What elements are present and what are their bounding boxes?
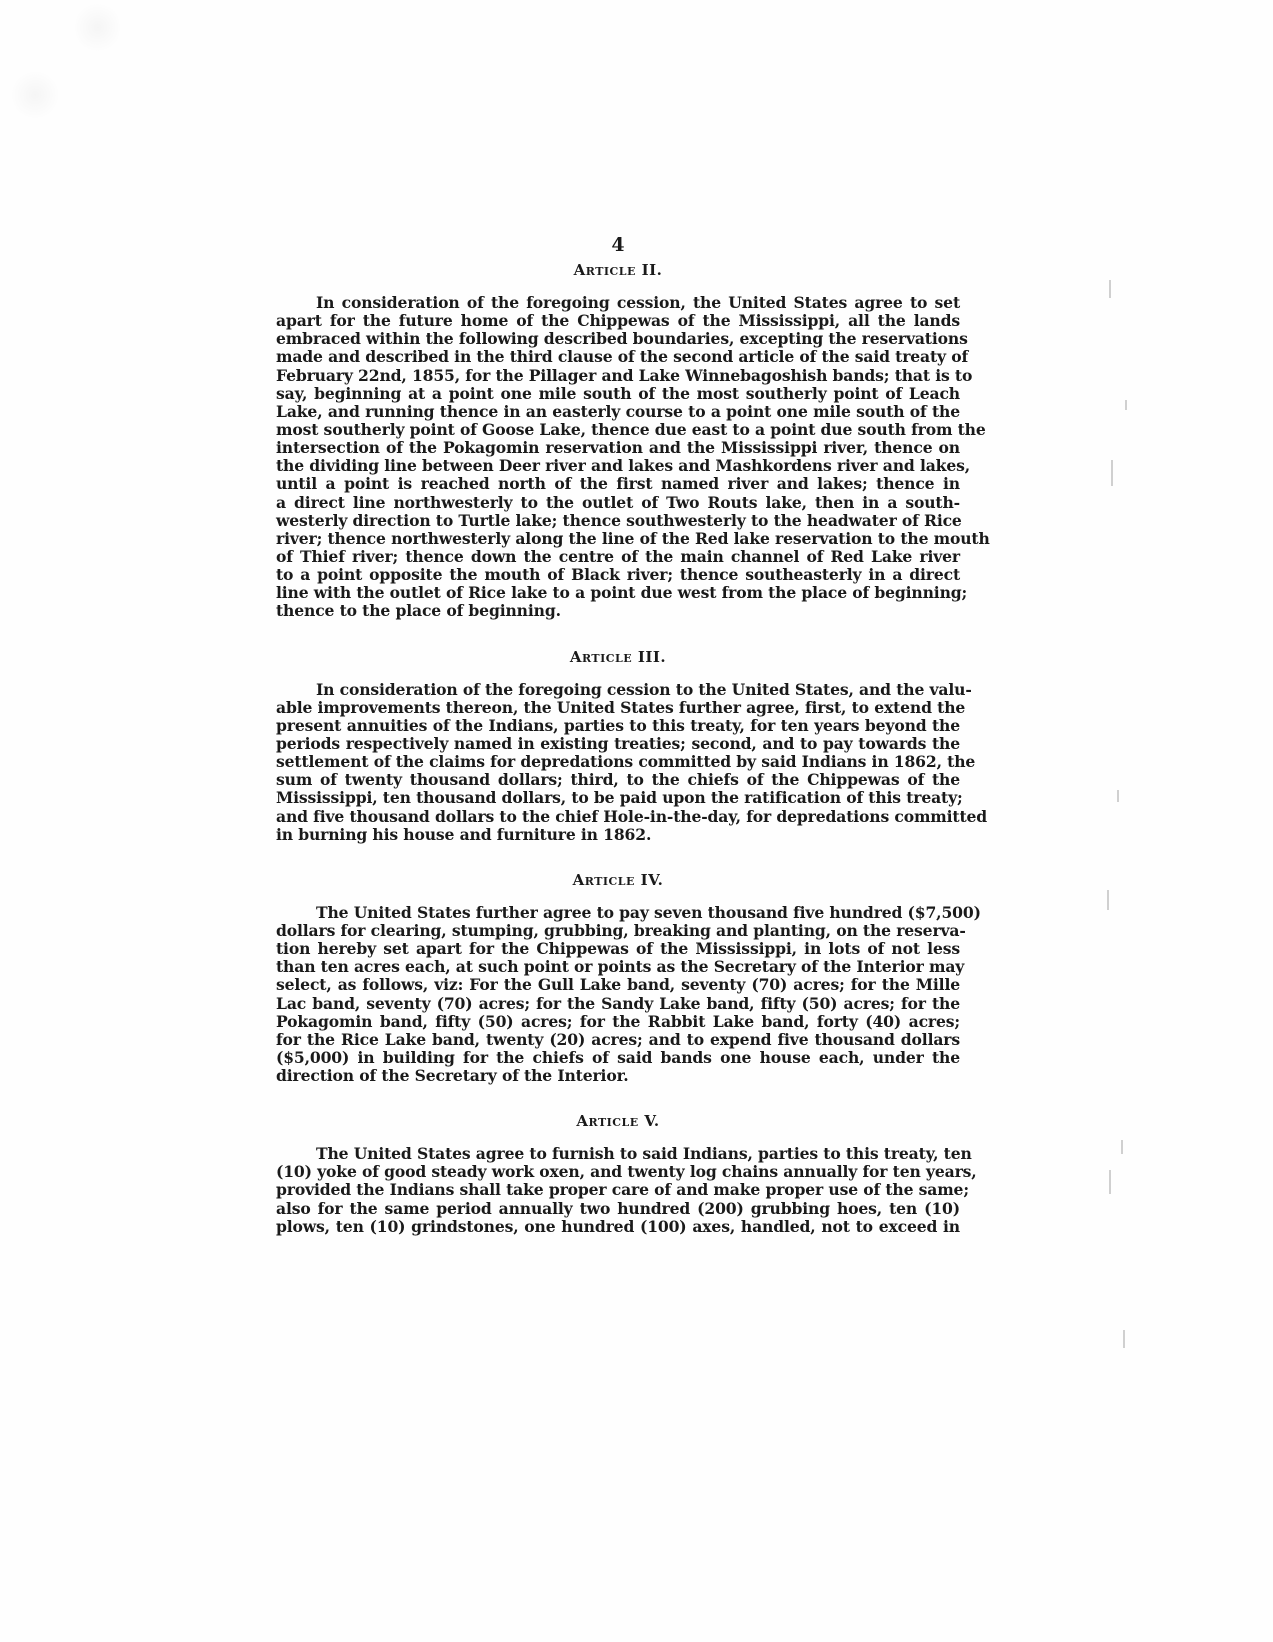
text-line: The United States further agree to pay s… <box>276 904 960 922</box>
text-line: sum of twenty thousand dollars; third, t… <box>276 771 960 789</box>
text-line: Lake, and running thence in an easterly … <box>276 403 960 421</box>
article-heading: Article V. <box>276 1111 960 1131</box>
text-line: present annuities of the Indians, partie… <box>276 717 960 735</box>
article-2: Article II. In consideration of the fore… <box>276 260 960 621</box>
text-line: In consideration of the foregoing cessio… <box>276 681 960 699</box>
text-line: periods respectively named in existing t… <box>276 735 960 753</box>
text-line: select, as follows, viz: For the Gull La… <box>276 976 960 994</box>
text-line: In consideration of the foregoing cessio… <box>276 294 960 312</box>
text-line: westerly direction to Turtle lake; thenc… <box>276 512 960 530</box>
document-body: 4 Article II. In consideration of the fo… <box>276 232 960 1236</box>
text-line: Lac band, seventy (70) acres; for the Sa… <box>276 995 960 1013</box>
text-line: The United States agree to furnish to sa… <box>276 1145 960 1163</box>
text-line: made and described in the third clause o… <box>276 348 960 366</box>
text-line: settlement of the claims for depredation… <box>276 753 960 771</box>
text-line: Pokagomin band, fifty (50) acres; for th… <box>276 1013 960 1031</box>
article-paragraph: In consideration of the foregoing cessio… <box>276 294 960 621</box>
text-line: ($5,000) in building for the chiefs of s… <box>276 1049 960 1067</box>
article-5: Article V. The United States agree to fu… <box>276 1111 960 1236</box>
article-3: Article III. In consideration of the for… <box>276 647 960 844</box>
text-line: river; thence northwesterly along the li… <box>276 530 960 548</box>
text-line: say, beginning at a point one mile south… <box>276 385 960 403</box>
text-line: the dividing line between Deer river and… <box>276 457 960 475</box>
page-number: 4 <box>276 232 960 258</box>
text-line: until a point is reached north of the fi… <box>276 475 960 493</box>
text-line: tion hereby set apart for the Chippewas … <box>276 940 960 958</box>
text-line: February 22nd, 1855, for the Pillager an… <box>276 367 960 385</box>
text-line: most southerly point of Goose Lake, then… <box>276 421 960 439</box>
article-heading: Article II. <box>276 260 960 280</box>
text-line: a direct line northwesterly to the outle… <box>276 494 960 512</box>
article-heading: Article III. <box>276 647 960 667</box>
text-line: dollars for clearing, stumping, grubbing… <box>276 922 960 940</box>
text-line: than ten acres each, at such point or po… <box>276 958 960 976</box>
text-line: apart for the future home of the Chippew… <box>276 312 960 330</box>
article-paragraph: In consideration of the foregoing cessio… <box>276 681 960 844</box>
scan-smudge <box>10 70 60 120</box>
text-line: line with the outlet of Rice lake to a p… <box>276 584 960 602</box>
article-4: Article IV. The United States further ag… <box>276 870 960 1085</box>
text-line: able improvements thereon, the United St… <box>276 699 960 717</box>
text-line: direction of the Secretary of the Interi… <box>276 1067 960 1085</box>
text-line: Mississippi, ten thousand dollars, to be… <box>276 789 960 807</box>
text-line: plows, ten (10) grindstones, one hundred… <box>276 1218 960 1236</box>
scan-smudge <box>75 0 120 55</box>
scanned-page: 4 Article II. In consideration of the fo… <box>0 0 1273 1642</box>
article-paragraph: The United States agree to furnish to sa… <box>276 1145 960 1236</box>
text-line: (10) yoke of good steady work oxen, and … <box>276 1163 960 1181</box>
text-line: and five thousand dollars to the chief H… <box>276 808 960 826</box>
text-line: also for the same period annually two hu… <box>276 1200 960 1218</box>
margin-scan-marks <box>1103 270 1143 1370</box>
text-line: embraced within the following described … <box>276 330 960 348</box>
text-line: of Thief river; thence down the centre o… <box>276 548 960 566</box>
text-line: intersection of the Pokagomin reservatio… <box>276 439 960 457</box>
text-line: for the Rice Lake band, twenty (20) acre… <box>276 1031 960 1049</box>
article-heading: Article IV. <box>276 870 960 890</box>
text-line: thence to the place of beginning. <box>276 602 960 620</box>
text-line: to a point opposite the mouth of Black r… <box>276 566 960 584</box>
text-line: in burning his house and furniture in 18… <box>276 826 960 844</box>
article-paragraph: The United States further agree to pay s… <box>276 904 960 1085</box>
text-line: provided the Indians shall take proper c… <box>276 1181 960 1199</box>
